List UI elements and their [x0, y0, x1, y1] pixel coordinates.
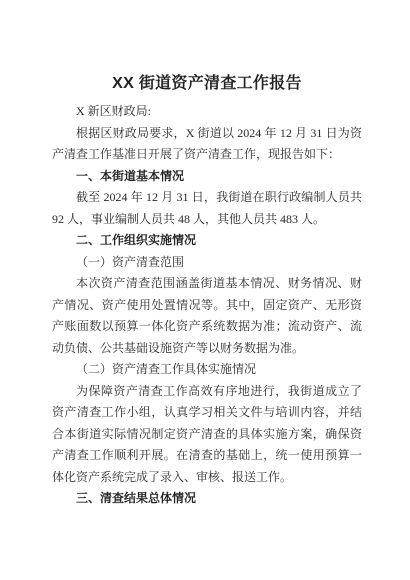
document-title: XX 街道资产清查工作报告 — [52, 71, 362, 96]
body-paragraph: 截至 2024 年 12 月 31 日，我街道在职行政编制人员共 92 人，事业… — [52, 187, 362, 230]
heading: 二、工作组织实施情况 — [52, 230, 362, 252]
body-paragraph: 根据区财政局要求，X 街道以 2024 年 12 月 31 日为资产清查工作基准… — [52, 123, 362, 166]
document-body: X 新区财政局: 根据区财政局要求，X 街道以 2024 年 12 月 31 日… — [52, 101, 362, 510]
body-paragraph: 为保障资产清查工作高效有序地进行，我街道成立了资产清查工作小组，认真学习相关文件… — [52, 381, 362, 489]
salutation: X 新区财政局: — [52, 101, 362, 123]
heading: 一、本街道基本情况 — [52, 166, 362, 188]
heading: 三、清查结果总体情况 — [52, 488, 362, 510]
document-page: XX 街道资产清查工作报告 X 新区财政局: 根据区财政局要求，X 街道以 20… — [0, 0, 410, 580]
body-paragraph: 本次资产清查范围涵盖街道基本情况、财务情况、财产情况、资产使用处置情况等。其中，… — [52, 273, 362, 359]
subheading: （二）资产清查工作具体实施情况 — [52, 359, 362, 381]
subheading: （一）资产清查范围 — [52, 252, 362, 274]
